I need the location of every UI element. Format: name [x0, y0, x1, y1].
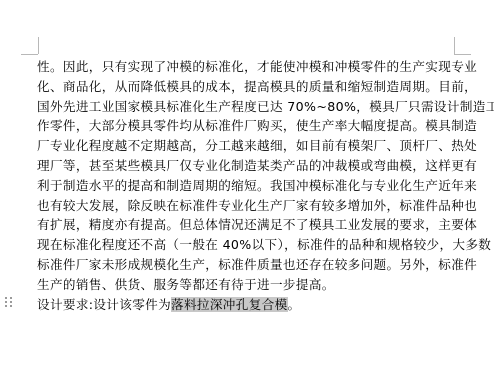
page-margin-corner-top-right — [454, 37, 472, 55]
paragraph-line: 化、商品化，从而降低模具的成本，提高模具的质量和缩短制造周期。目前， — [37, 77, 457, 97]
page-margin-corner-top-left — [21, 37, 39, 55]
paragraph-line: 生产的销售、供货、服务等都还有待于进一步提高。 — [37, 275, 457, 295]
paragraph-line: 性。因此，只有实现了冲模的标准化，才能使冲模和冲模零件的生产实现专业 — [37, 57, 457, 77]
margin-mark-horizontal — [21, 54, 38, 55]
paragraph-line: 厂专业化程度越不定期越高，分工越来越细，如目前有模架厂、顶杆厂、热处 — [37, 136, 457, 156]
margin-mark-vertical — [454, 37, 455, 54]
paragraph-line: 作零件，大部分模具零件均从标准件厂购买，使生产率大幅度提高。模具制造 — [37, 116, 457, 136]
requirement-prefix: 设计要求:设计该零件为 — [37, 297, 171, 312]
paragraph-line: 标准件厂家未形成规模化生产，标准件质量也还存在较多问题。另外，标准件 — [37, 255, 457, 275]
margin-mark-horizontal — [454, 54, 471, 55]
paragraph-line: 利于制造水平的提高和制造周期的缩短。我国冲模标准化与专业化生产近年来 — [37, 176, 457, 196]
document-body[interactable]: 性。因此，只有实现了冲模的标准化，才能使冲模和冲模零件的生产实现专业 化、商品化… — [37, 57, 457, 314]
paragraph-line: 有扩展，精度亦有提高。但总体情况还满足不了模具工业发展的要求，主要体 — [37, 215, 457, 235]
paragraph-line: 理厂等，甚至某些模具厂仅专业化制造某类产品的冲裁模或弯曲模，这样更有 — [37, 156, 457, 176]
selected-text-highlight[interactable]: 落料拉深冲孔复合模 — [171, 297, 288, 312]
paragraph-line: 现在标准化程度还不高（一般在 40%以下），标准件的品种和规格较少，大多数 — [37, 235, 457, 255]
requirement-suffix: 。 — [288, 297, 301, 312]
margin-mark-vertical — [38, 37, 39, 54]
paragraph-line: 国外先进工业国家模具标准化生产程度已达 70%~80%，模具厂只需设计制造工 — [37, 97, 457, 117]
paragraph-drag-handle-icon[interactable] — [5, 297, 13, 307]
paragraph-line: 也有较大发展，除反映在标准件专业化生产厂家有较多增加外，标准件品种也 — [37, 196, 457, 216]
design-requirement-line: 设计要求:设计该零件为落料拉深冲孔复合模。 — [37, 295, 457, 315]
